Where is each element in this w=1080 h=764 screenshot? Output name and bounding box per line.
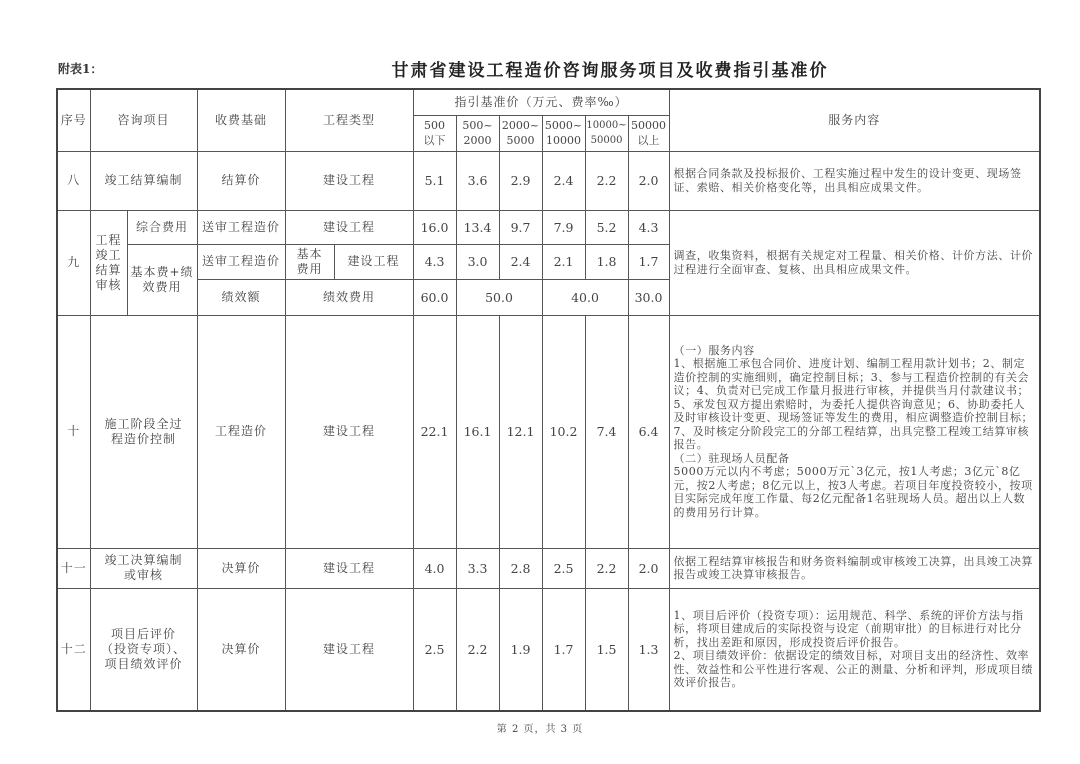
row-type: 建设工程 xyxy=(285,315,413,548)
range-5: 50000以上 xyxy=(628,115,669,151)
range-3: 5000~10000 xyxy=(542,115,585,151)
value-cell: 16.1 xyxy=(456,315,499,548)
row-type: 建设工程 xyxy=(285,210,413,244)
value-cell: 9.7 xyxy=(499,210,542,244)
value-cell: 2.0 xyxy=(628,151,669,210)
value-cell: 4.3 xyxy=(628,210,669,244)
value-cell: 2.4 xyxy=(499,244,542,279)
service-paragraph-2: 2、项目绩效评价：依据设定的绩效目标，对项目支出的经济性、效率性、效益性和公平性… xyxy=(674,649,1036,690)
table-row: 十 施工阶段全过程造价控制 工程造价 建设工程 22.1 16.1 12.1 1… xyxy=(57,315,1040,548)
range-0: 500以下 xyxy=(413,115,456,151)
row-basis: 工程造价 xyxy=(197,315,285,548)
row-basis: 绩效额 xyxy=(197,279,285,315)
row-service: 根据合同条款及投标报价、工程实施过程中发生的设计变更、现场签证、索赔、相关价格变… xyxy=(669,151,1040,210)
value-cell: 5.1 xyxy=(413,151,456,210)
value-cell: 2.2 xyxy=(585,151,628,210)
row-index: 八 xyxy=(57,151,90,210)
value-cell: 1.7 xyxy=(542,588,585,711)
service-paragraph-2: 5000万元以内不考虑；5000万元`3亿元，按1人考虑；3亿元`8亿元，按2人… xyxy=(674,465,1036,519)
service-paragraph-1: 1、项目后评价（投资专项）：运用规范、科学、系统的评价方法与指标，将项目建成后的… xyxy=(674,609,1036,650)
value-cell: 13.4 xyxy=(456,210,499,244)
value-cell: 3.3 xyxy=(456,548,499,588)
header-row-1: 序号 咨询项目 收费基础 工程类型 指引基准价（万元、费率‰） 服务内容 xyxy=(57,89,1040,115)
fee-table: 序号 咨询项目 收费基础 工程类型 指引基准价（万元、费率‰） 服务内容 500… xyxy=(56,88,1041,712)
value-cell: 50.0 xyxy=(456,279,542,315)
row-service: 依据工程结算审核报告和财务资料编制或审核竣工决算，出具竣工决算报告或竣工决算审核… xyxy=(669,548,1040,588)
row-subitem: 基本费+绩效费用 xyxy=(127,244,197,315)
attachment-label: 附表1： xyxy=(58,60,102,77)
row-index: 九 xyxy=(57,210,90,315)
row-item: 项目后评价（投资专项）、项目绩效评价 xyxy=(90,588,197,711)
value-cell: 2.0 xyxy=(628,548,669,588)
value-cell: 3.0 xyxy=(456,244,499,279)
table-row: 八 竣工结算编制 结算价 建设工程 5.1 3.6 2.9 2.4 2.2 2.… xyxy=(57,151,1040,210)
row-type: 建设工程 xyxy=(334,244,413,279)
value-cell: 2.2 xyxy=(585,548,628,588)
value-cell: 7.9 xyxy=(542,210,585,244)
range-4: 10000~50000 xyxy=(585,115,628,151)
header-service: 服务内容 xyxy=(669,89,1040,151)
value-cell: 12.1 xyxy=(499,315,542,548)
table-row: 九 工程竣工结算审核 综合费用 送审工程造价 建设工程 16.0 13.4 9.… xyxy=(57,210,1040,244)
value-cell: 1.8 xyxy=(585,244,628,279)
header-index: 序号 xyxy=(57,89,90,151)
value-cell: 1.7 xyxy=(628,244,669,279)
value-cell: 1.5 xyxy=(585,588,628,711)
range-1: 500~2000 xyxy=(456,115,499,151)
row-type-label: 基本费用 xyxy=(285,244,334,279)
value-cell: 60.0 xyxy=(413,279,456,315)
value-cell: 22.1 xyxy=(413,315,456,548)
value-cell: 16.0 xyxy=(413,210,456,244)
row-subitem: 综合费用 xyxy=(127,210,197,244)
row-basis: 送审工程造价 xyxy=(197,210,285,244)
value-cell: 2.8 xyxy=(499,548,542,588)
value-cell: 2.9 xyxy=(499,151,542,210)
header-price-group: 指引基准价（万元、费率‰） xyxy=(413,89,669,115)
row-type: 绩效费用 xyxy=(285,279,413,315)
table-row: 十二 项目后评价（投资专项）、项目绩效评价 决算价 建设工程 2.5 2.2 1… xyxy=(57,588,1040,711)
header-type: 工程类型 xyxy=(285,89,413,151)
value-cell: 40.0 xyxy=(542,279,628,315)
row-item: 竣工决算编制或审核 xyxy=(90,548,197,588)
value-cell: 2.5 xyxy=(413,588,456,711)
value-cell: 5.2 xyxy=(585,210,628,244)
value-cell: 6.4 xyxy=(628,315,669,548)
row-basis: 结算价 xyxy=(197,151,285,210)
value-cell: 4.3 xyxy=(413,244,456,279)
page-footer: 第 2 页，共 3 页 xyxy=(0,720,1080,735)
row-service: 调查，收集资料，根据有关规定对工程量、相关价格、计价方法、计价过程进行全面审查、… xyxy=(669,210,1040,315)
row-basis: 决算价 xyxy=(197,588,285,711)
row-index: 十二 xyxy=(57,588,90,711)
value-cell: 30.0 xyxy=(628,279,669,315)
row-service: （一）服务内容 1、根据施工承包合同价、进度计划、编制工程用款计划书；2、制定造… xyxy=(669,315,1040,548)
row-item: 工程竣工结算审核 xyxy=(90,210,127,315)
value-cell: 10.2 xyxy=(542,315,585,548)
document-title: 甘肃省建设工程造价咨询服务项目及收费指引基准价 xyxy=(300,56,920,81)
value-cell: 3.6 xyxy=(456,151,499,210)
value-cell: 2.1 xyxy=(542,244,585,279)
row-item: 施工阶段全过程造价控制 xyxy=(90,315,197,548)
service-heading-1: （一）服务内容 xyxy=(674,344,1036,358)
row-type: 建设工程 xyxy=(285,151,413,210)
row-index: 十 xyxy=(57,315,90,548)
table-row: 十一 竣工决算编制或审核 决算价 建设工程 4.0 3.3 2.8 2.5 2.… xyxy=(57,548,1040,588)
value-cell: 7.4 xyxy=(585,315,628,548)
row-basis: 决算价 xyxy=(197,548,285,588)
row-item: 竣工结算编制 xyxy=(90,151,197,210)
row-index: 十一 xyxy=(57,548,90,588)
range-2: 2000~5000 xyxy=(499,115,542,151)
header-basis: 收费基础 xyxy=(197,89,285,151)
service-heading-2: （二）驻现场人员配备 xyxy=(674,452,1036,466)
value-cell: 4.0 xyxy=(413,548,456,588)
value-cell: 2.4 xyxy=(542,151,585,210)
value-cell: 2.5 xyxy=(542,548,585,588)
row-type: 建设工程 xyxy=(285,588,413,711)
value-cell: 1.3 xyxy=(628,588,669,711)
row-basis: 送审工程造价 xyxy=(197,244,285,279)
service-paragraph-1: 1、根据施工承包合同价、进度计划、编制工程用款计划书；2、制定造价控制的实施细则… xyxy=(674,357,1036,452)
value-cell: 1.9 xyxy=(499,588,542,711)
row-service: 1、项目后评价（投资专项）：运用规范、科学、系统的评价方法与指标，将项目建成后的… xyxy=(669,588,1040,711)
header-item: 咨询项目 xyxy=(90,89,197,151)
value-cell: 2.2 xyxy=(456,588,499,711)
row-type: 建设工程 xyxy=(285,548,413,588)
